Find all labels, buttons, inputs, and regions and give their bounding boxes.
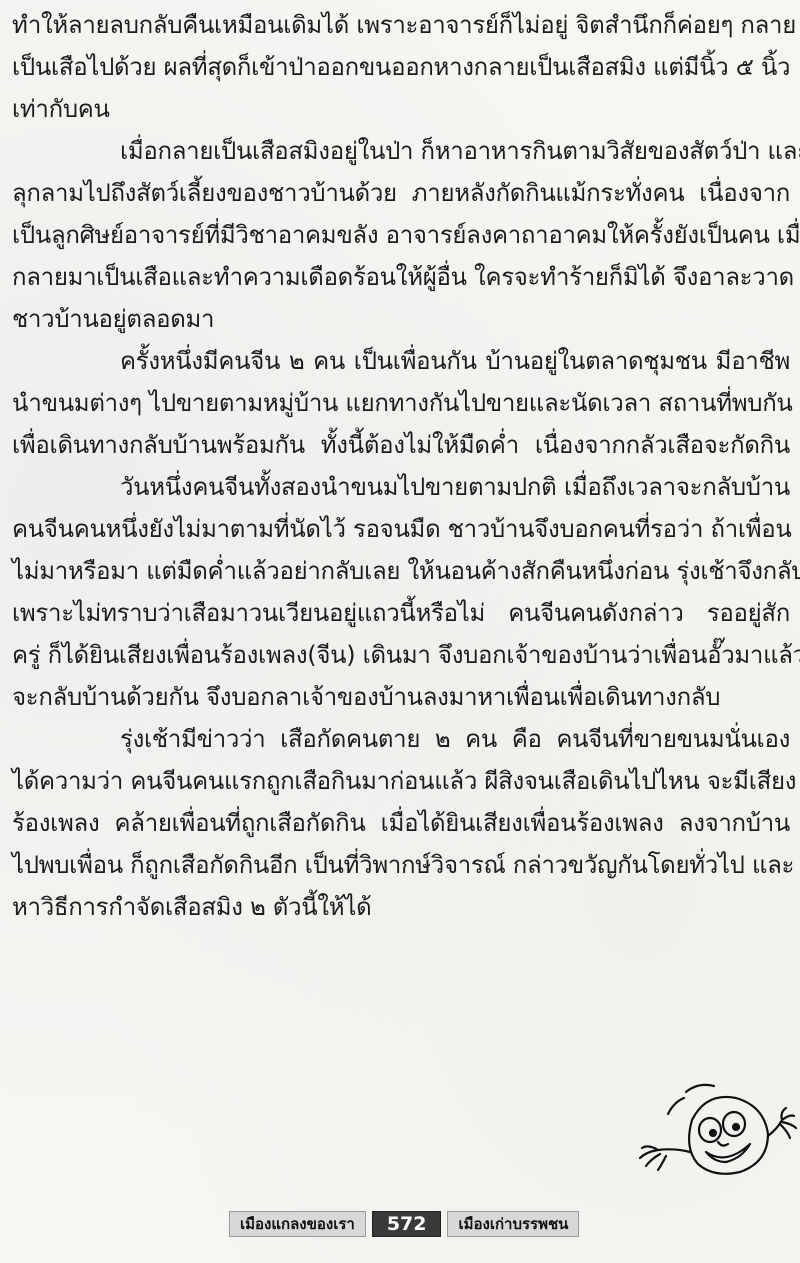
text-line: หาวิธีการกำจัดเสือสมิง ๒ ตัวนี้ให้ได้ [12, 886, 790, 928]
text-line: ทำให้ลายลบกลับคืนเหมือนเดิมได้ เพราะอาจา… [12, 4, 790, 46]
text-line: จะกลับบ้านด้วยกัน จึงบอกลาเจ้าของบ้านลงม… [12, 676, 790, 718]
text-line: นำขนมต่างๆ ไปขายตามหมู่บ้าน แยกทางกันไปข… [12, 382, 790, 424]
text-line: ไม่มาหรือมา แต่มืดค่ำแล้วอย่ากลับเลย ให้… [12, 550, 790, 592]
footer-chapter-title: เมืองเก่าบรรพชน [447, 1211, 579, 1237]
paragraph-start-line: รุ่งเช้ามีข่าวว่า เสือกัดคนตาย ๒ คน คือ … [12, 718, 790, 760]
body-text: ทำให้ลายลบกลับคืนเหมือนเดิมได้ เพราะอาจา… [12, 4, 790, 928]
paragraph-start-line: วันหนึ่งคนจีนทั้งสองนำขนมไปขายตามปกติ เม… [12, 466, 790, 508]
page-footer: เมืองแกลงของเรา 572 เมืองเก่าบรรพชน [229, 1211, 579, 1237]
footer-book-title: เมืองแกลงของเรา [229, 1211, 366, 1237]
text-line: ร้องเพลง คล้ายเพื่อนที่ถูกเสือกัดกิน เมื… [12, 802, 790, 844]
text-line: เป็นเสือไปด้วย ผลที่สุดก็เข้าป่าออกขนออก… [12, 46, 790, 88]
text-line: เพราะไม่ทราบว่าเสือมาวนเวียนอยู่แถวนี้หร… [12, 592, 790, 634]
text-line: คนจีนคนหนึ่งยังไม่มาตามที่นัดไว้ รอจนมืด… [12, 508, 790, 550]
waving-smiley-cartoon-icon [618, 1078, 798, 1178]
text-line: ลุกลามไปถึงสัตว์เลี้ยงของชาวบ้านด้วย ภาย… [12, 172, 790, 214]
text-line: ได้ความว่า คนจีนคนแรกถูกเสือกินมาก่อนแล้… [12, 760, 790, 802]
text-line: กลายมาเป็นเสือและทำความเดือดร้อนให้ผู้อื… [12, 256, 790, 298]
paragraph-start-line: เมื่อกลายเป็นเสือสมิงอยู่ในป่า ก็หาอาหาร… [12, 130, 790, 172]
text-line: ชาวบ้านอยู่ตลอดมา [12, 298, 790, 340]
text-line: เท่ากับคน [12, 88, 790, 130]
text-line: เป็นลูกศิษย์อาจารย์ที่มีวิชาอาคมขลัง อาจ… [12, 214, 790, 256]
text-line: ไปพบเพื่อน ก็ถูกเสือกัดกินอีก เป็นที่วิพ… [12, 844, 790, 886]
text-line: เพื่อเดินทางกลับบ้านพร้อมกัน ทั้งนี้ต้อง… [12, 424, 790, 466]
paragraph-start-line: ครั้งหนึ่งมีคนจีน ๒ คน เป็นเพื่อนกัน บ้า… [12, 340, 790, 382]
text-line: ครู่ ก็ได้ยินเสียงเพื่อนร้องเพลง(จีน) เด… [12, 634, 790, 676]
page-number: 572 [372, 1211, 442, 1237]
